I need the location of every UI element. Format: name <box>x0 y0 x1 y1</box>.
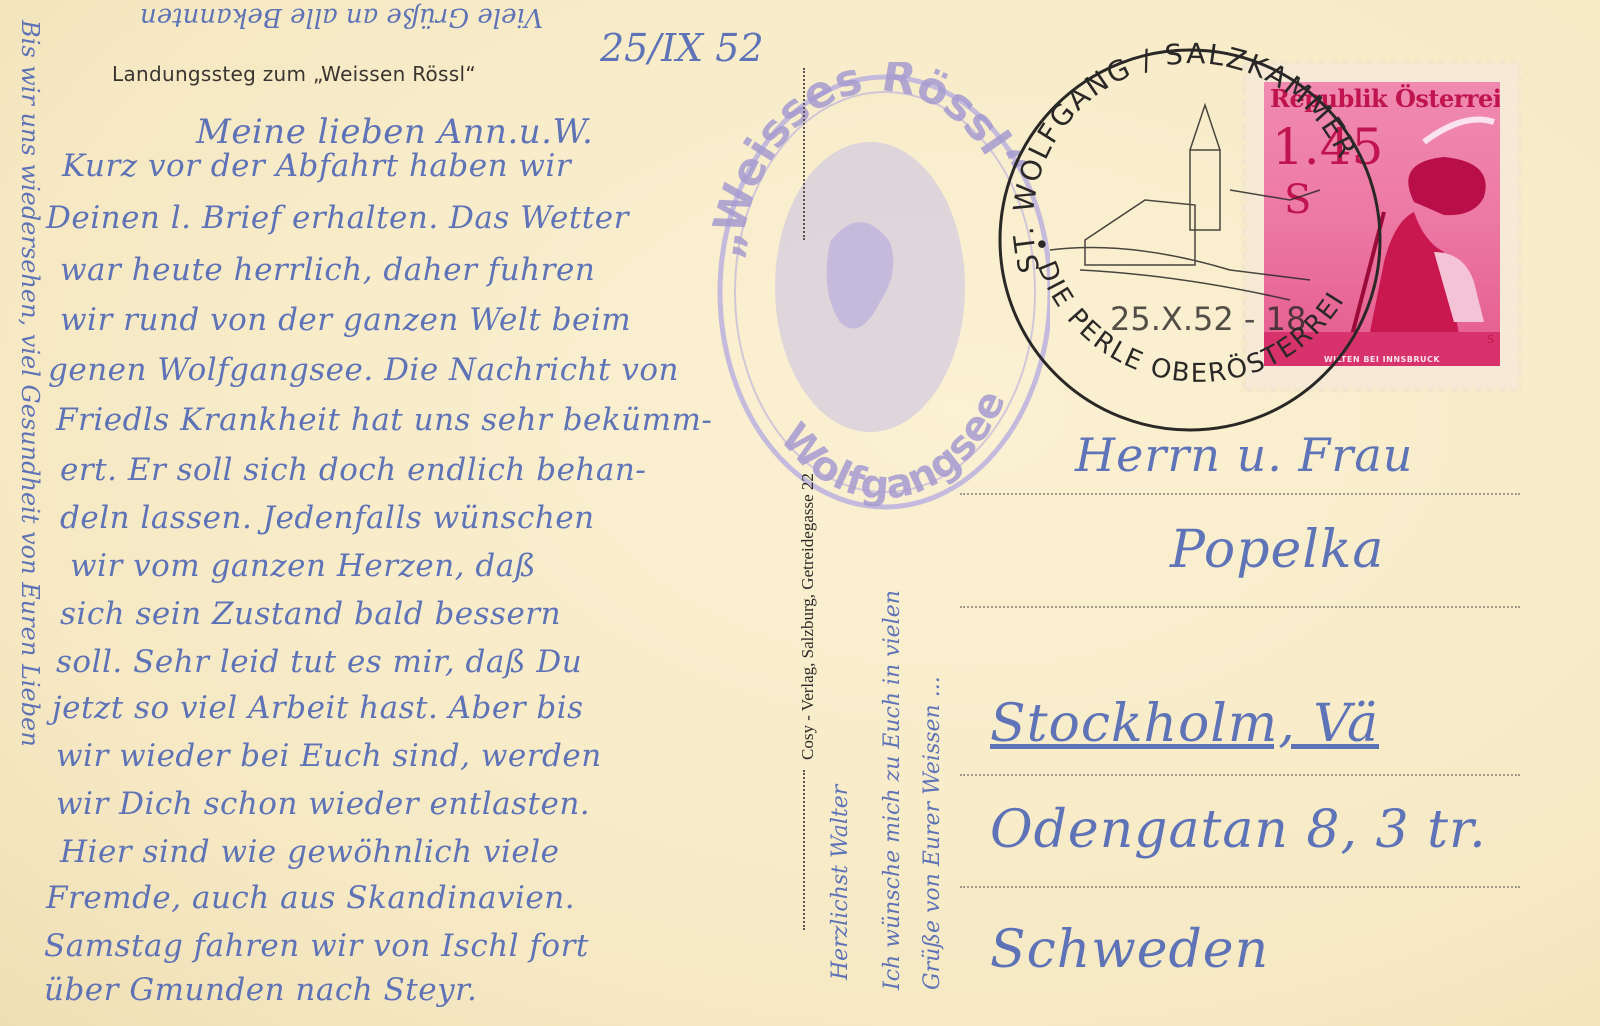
message-line: wir wieder bei Euch sind, werden <box>56 738 602 774</box>
center-margin-note: Herzlichst Walter <box>828 785 853 980</box>
message-line: Meine lieben Ann.u.W. <box>196 112 593 152</box>
center-divider-lower <box>803 770 805 930</box>
address-line-1 <box>960 493 1520 495</box>
address-line-2 <box>960 606 1520 608</box>
publisher-imprint: Cosy - Verlag, Salzburg, Getreidegasse 2… <box>798 473 818 760</box>
message-line: jetzt so viel Arbeit hast. Aber bis <box>52 690 584 726</box>
center-divider <box>803 68 805 240</box>
message-line: genen Wolfgangsee. Die Nachricht von <box>48 352 679 388</box>
message-line: sich sein Zustand bald bessern <box>60 596 561 632</box>
message-line: Kurz vor der Abfahrt haben wir <box>62 148 571 184</box>
address-line-3 <box>960 774 1520 776</box>
church-illustration-icon <box>1050 105 1320 300</box>
message-line: über Gmunden nach Steyr. <box>44 972 477 1008</box>
center-margin-note: Ich wünsche mich zu Euch in vielen <box>880 590 905 990</box>
svg-text:25.X.52 - 18: 25.X.52 - 18 <box>1110 300 1306 338</box>
message-line: soll. Sehr leid tut es mir, daß Du <box>56 644 582 680</box>
message-line: Deinen l. Brief erhalten. Das Wetter <box>46 200 629 236</box>
upside-down-note: Viele Grüße an alle Bekannten <box>140 2 543 32</box>
message-line: Fremde, auch aus Skandinavien. <box>46 880 575 916</box>
message-line: deln lassen. Jedenfalls wünschen <box>60 500 595 536</box>
postmark-cancellation: ST. WOLFGANG / SALZKAMMERGUT • DIE PERLE… <box>990 40 1390 440</box>
message-line: wir rund von der ganzen Welt beim <box>60 302 631 338</box>
message-line: wir Dich schon wieder entlasten. <box>56 786 590 822</box>
message-line: Hier sind wie gewöhnlich viele <box>60 834 559 870</box>
address-line-4 <box>960 886 1520 888</box>
center-margin-note: Grüße von Eurer Weissen ... <box>920 676 945 990</box>
message-line: Friedls Krankheit hat uns sehr bekümm- <box>56 402 712 438</box>
postcard-caption: Landungssteg zum „Weissen Rössl“ <box>112 62 476 86</box>
message-line: ert. Er soll sich doch endlich behan- <box>60 452 646 488</box>
address-country: Schweden <box>990 920 1269 980</box>
message-line: war heute herrlich, daher fuhren <box>60 252 595 288</box>
left-margin-note: Bis wir uns wiedersehen, viel Gesundheit… <box>16 20 44 747</box>
message-line: Samstag fahren wir von Ischl fort <box>44 928 589 964</box>
address-name: Popelka <box>1170 520 1384 580</box>
stamp-corner-letter: S <box>1487 333 1494 346</box>
address-city: Stockholm, Vä <box>990 694 1379 754</box>
message-line: wir vom ganzen Herzen, daß <box>70 548 536 584</box>
postcard-back: Landungssteg zum „Weissen Rössl“ Viele G… <box>0 0 1600 1026</box>
address-recipient: Herrn u. Frau <box>1075 428 1413 482</box>
address-street: Odengatan 8, 3 tr. <box>990 800 1487 860</box>
